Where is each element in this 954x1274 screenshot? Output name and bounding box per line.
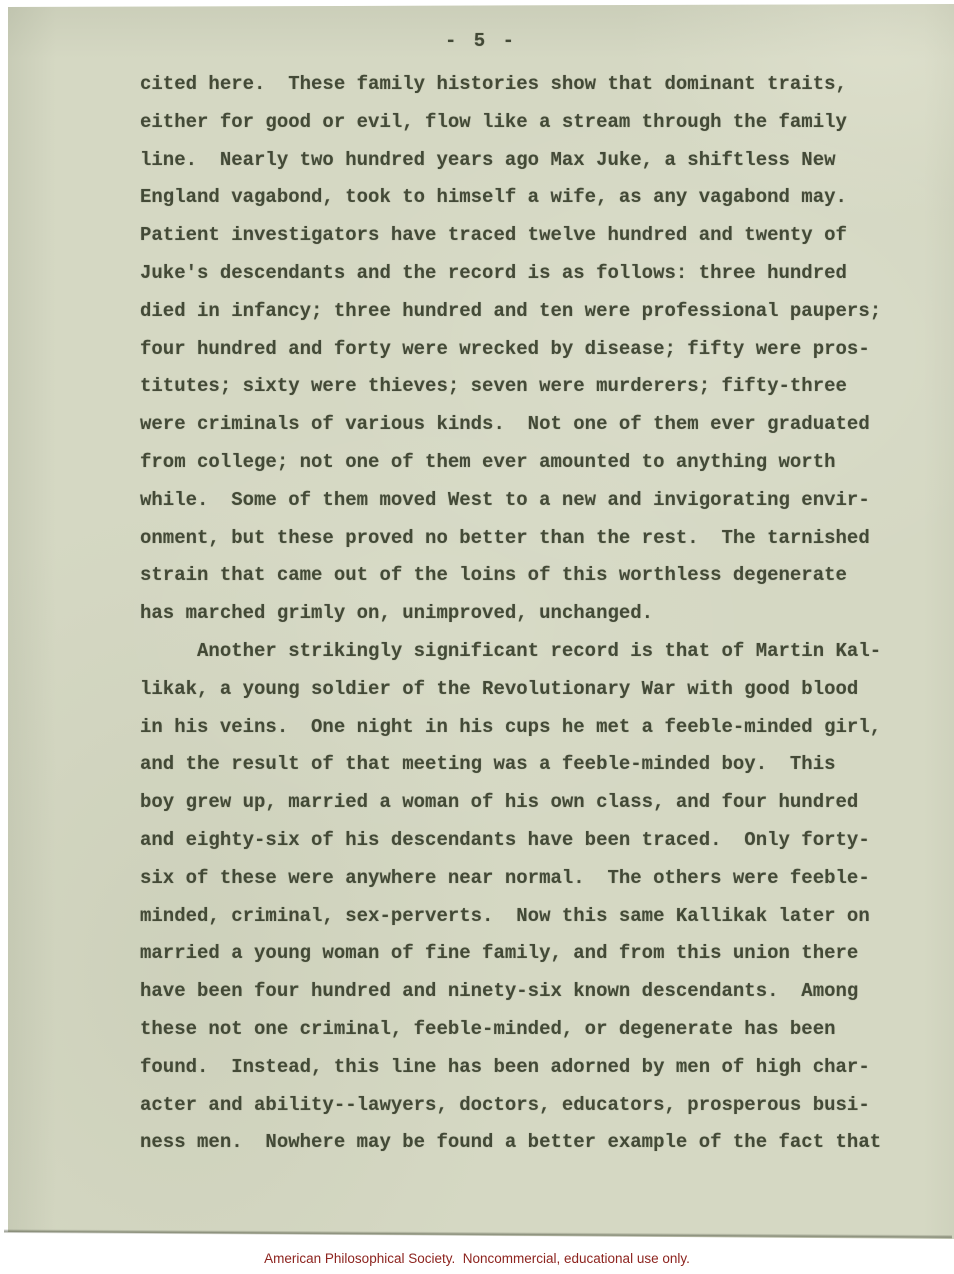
text-line: in his veins. One night in his cups he m…	[140, 709, 915, 747]
text-line: minded, criminal, sex-perverts. Now this…	[140, 898, 915, 936]
text-line: likak, a young soldier of the Revolution…	[140, 671, 915, 709]
text-line: onment, but these proved no better than …	[140, 520, 915, 558]
text-line: these not one criminal, feeble-minded, o…	[140, 1011, 915, 1049]
text-line: and eighty-six of his descendants have b…	[140, 822, 915, 860]
text-line: acter and ability--lawyers, doctors, edu…	[140, 1087, 915, 1125]
text-line: died in infancy; three hundred and ten w…	[140, 293, 915, 331]
text-line: four hundred and forty were wrecked by d…	[140, 331, 915, 369]
text-line: Juke's descendants and the record is as …	[140, 255, 915, 293]
text-line: found. Instead, this line has been adorn…	[140, 1049, 915, 1087]
text-line: were criminals of various kinds. Not one…	[140, 406, 915, 444]
text-line: line. Nearly two hundred years ago Max J…	[140, 142, 915, 180]
text-line: married a young woman of fine family, an…	[140, 935, 915, 973]
text-line: while. Some of them moved West to a new …	[140, 482, 915, 520]
text-line: boy grew up, married a woman of his own …	[140, 784, 915, 822]
text-line: England vagabond, took to himself a wife…	[140, 179, 915, 217]
document-page: - 5 - cited here. These family histories…	[8, 4, 954, 1242]
text-line: titutes; sixty were thieves; seven were …	[140, 368, 915, 406]
text-line: strain that came out of the loins of thi…	[140, 557, 915, 595]
text-line: has marched grimly on, unimproved, uncha…	[140, 595, 915, 633]
text-line: and the result of that meeting was a fee…	[140, 746, 915, 784]
text-line: cited here. These family histories show …	[140, 66, 915, 104]
text-line: Patient investigators have traced twelve…	[140, 217, 915, 255]
footer-bar: American Philosophical Society. Noncomme…	[0, 1242, 954, 1274]
text-line: six of these were anywhere near normal. …	[140, 860, 915, 898]
text-line: Another strikingly significant record is…	[140, 633, 915, 671]
text-line: have been four hundred and ninety-six kn…	[140, 973, 915, 1011]
page-number: - 5 -	[8, 30, 954, 52]
typewritten-text: cited here. These family histories show …	[140, 66, 915, 1162]
copyright-notice: American Philosophical Society. Noncomme…	[264, 1251, 690, 1266]
text-line: either for good or evil, flow like a str…	[140, 104, 915, 142]
text-line: from college; not one of them ever amoun…	[140, 444, 915, 482]
text-line: ness men. Nowhere may be found a better …	[140, 1124, 915, 1162]
